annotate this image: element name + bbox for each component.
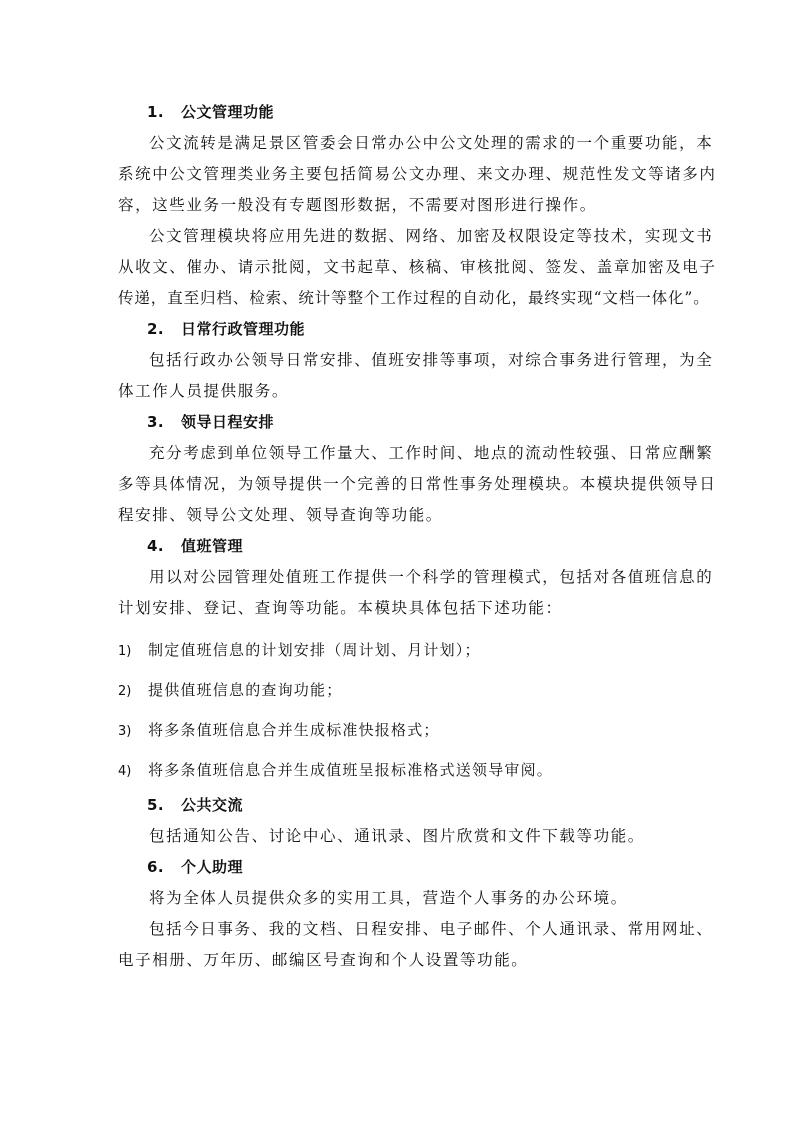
paragraph-line: 程安排、领导公文处理、领导查询等功能。 — [118, 500, 674, 531]
section-title: 个人助理 — [181, 858, 243, 876]
section-heading-3: 3.领导日程安排 — [118, 407, 674, 438]
paragraph-line: 用以对公园管理处值班工作提供一个科学的管理模式，包括对各值班信息的 — [118, 562, 674, 593]
list-number: 1) — [118, 632, 148, 672]
section-title: 日常行政管理功能 — [181, 320, 305, 338]
paragraph-line: 包括行政办公领导日常安排、值班安排等事项，对综合事务进行管理，为全 — [118, 345, 674, 376]
list-number: 2) — [118, 672, 148, 712]
paragraph-line: 容，这些业务一般没有专题图形数据，不需要对图形进行操作。 — [118, 190, 674, 221]
section-heading-4: 4.值班管理 — [118, 531, 674, 562]
section-number: 4. — [147, 531, 181, 562]
section-number: 5. — [147, 790, 181, 821]
duty-feature-list: 1)制定值班信息的计划安排（周计划、月计划）； 2)提供值班信息的查询功能； 3… — [118, 630, 674, 790]
list-text: 制定值班信息的计划安排（周计划、月计划）； — [148, 641, 481, 659]
section-heading-5: 5.公共交流 — [118, 790, 674, 821]
paragraph-line: 将为全体人员提供众多的实用工具，营造个人事务的办公环境。 — [118, 883, 674, 914]
paragraph-line: 多等具体情况，为领导提供一个完善的日常性事务处理模块。本模块提供领导日 — [118, 469, 674, 500]
section-title: 值班管理 — [181, 537, 243, 555]
list-number: 4) — [118, 752, 148, 792]
section-number: 2. — [147, 314, 181, 345]
section-number: 6. — [147, 852, 181, 883]
paragraph-line: 包括今日事务、我的文档、日程安排、电子邮件、个人通讯录、常用网址、 — [118, 914, 674, 945]
list-item: 4)将多条值班信息合并生成值班呈报标准格式送领导审阅。 — [118, 750, 674, 790]
section-heading-6: 6.个人助理 — [118, 852, 674, 883]
paragraph-line: 充分考虑到单位领导工作量大、工作时间、地点的流动性较强、日常应酬繁 — [118, 438, 674, 469]
section-heading-1: 1.公文管理功能 — [118, 97, 674, 128]
list-text: 将多条值班信息合并生成标准快报格式； — [148, 721, 440, 739]
section-heading-2: 2.日常行政管理功能 — [118, 314, 674, 345]
paragraph-line: 计划安排、登记、查询等功能。本模块具体包括下述功能： — [118, 593, 674, 624]
list-item: 3)将多条值班信息合并生成标准快报格式； — [118, 710, 674, 750]
paragraph-line: 公文管理模块将应用先进的数据、网络、加密及权限设定等技术，实现文书 — [118, 221, 674, 252]
paragraph-line: 公文流转是满足景区管委会日常办公中公文处理的需求的一个重要功能，本 — [118, 128, 674, 159]
section-title: 领导日程安排 — [181, 413, 274, 431]
paragraph-line: 传递，直至归档、检索、统计等整个工作过程的自动化，最终实现“文档一体化”。 — [118, 283, 674, 314]
list-item: 1)制定值班信息的计划安排（周计划、月计划）； — [118, 630, 674, 670]
paragraph-line: 电子相册、万年历、邮编区号查询和个人设置等功能。 — [118, 945, 674, 976]
paragraph-line: 体工作人员提供服务。 — [118, 376, 674, 407]
paragraph-line: 系统中公文管理类业务主要包括简易公文办理、来文办理、规范性发文等诸多内 — [118, 159, 674, 190]
document-page: 1.公文管理功能 公文流转是满足景区管委会日常办公中公文处理的需求的一个重要功能… — [118, 97, 674, 976]
list-number: 3) — [118, 712, 148, 752]
paragraph-line: 从收文、催办、请示批阅，文书起草、核稿、审核批阅、签发、盖章加密及电子 — [118, 252, 674, 283]
section-title: 公共交流 — [181, 796, 243, 814]
paragraph-line: 包括通知公告、讨论中心、通讯录、图片欣赏和文件下载等功能。 — [118, 821, 674, 852]
section-number: 1. — [147, 97, 181, 128]
list-text: 提供值班信息的查询功能； — [148, 681, 342, 699]
section-title: 公文管理功能 — [181, 103, 274, 121]
list-item: 2)提供值班信息的查询功能； — [118, 670, 674, 710]
section-number: 3. — [147, 407, 181, 438]
list-text: 将多条值班信息合并生成值班呈报标准格式送领导审阅。 — [148, 761, 553, 779]
